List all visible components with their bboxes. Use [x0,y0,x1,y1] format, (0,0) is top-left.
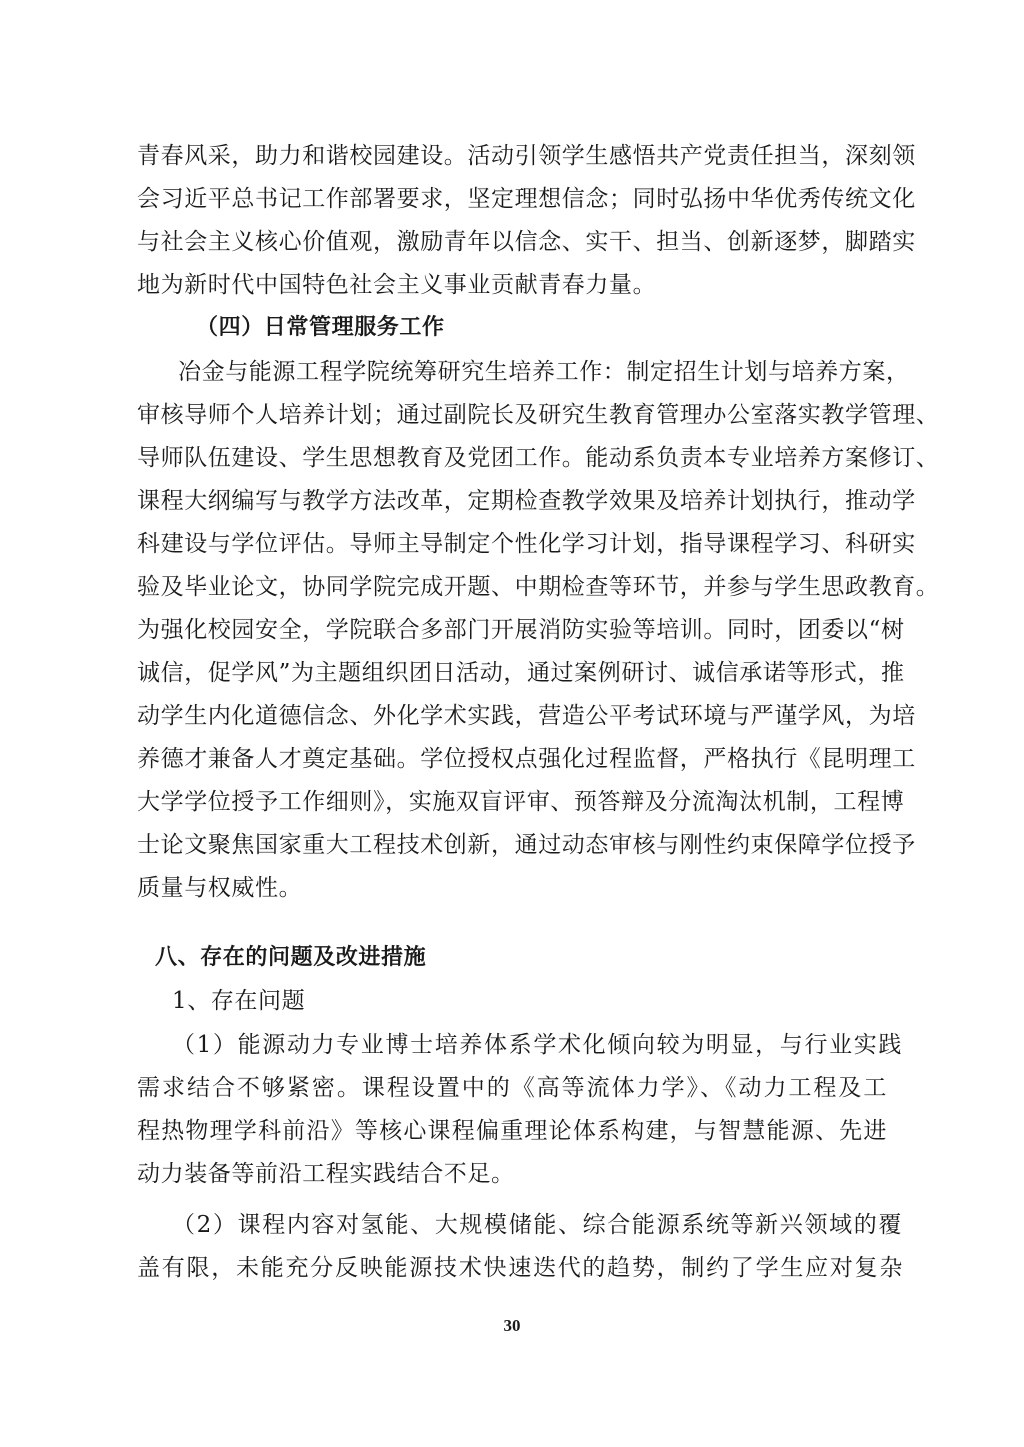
paragraph-line: 验及毕业论文，协同学院完成开题、中期检查等环节，并参与学生思政教育。 [137,572,903,602]
paragraph-line: 需求结合不够紧密。课程设置中的《高等流体力学》、《动力工程及工 [137,1073,887,1103]
paragraph-line: 盖有限，未能充分反映能源技术快速迭代的趋势，制约了学生应对复杂 [137,1253,903,1283]
paragraph-line: 程热物理学科前沿》等核心课程偏重理论体系构建，与智慧能源、先进 [137,1116,887,1146]
section-heading-daily-management: （四）日常管理服务工作 [196,313,445,343]
paragraph-line: 科建设与学位评估。导师主导制定个性化学习计划，指导课程学习、科研实 [137,529,903,559]
paragraph-line: （1）能源动力专业博士培养体系学术化倾向较为明显，与行业实践 [172,1030,902,1060]
paragraph-line: 导师队伍建设、学生思想教育及党团工作。能动系负责本专业培养方案修订、 [137,443,903,473]
paragraph-line: 青春风采，助力和谐校园建设。活动引领学生感悟共产党责任担当，深刻领 [137,141,903,171]
paragraph-line: 士论文聚焦国家重大工程技术创新，通过动态审核与刚性约束保障学位授予 [137,830,903,860]
paragraph-line: 大学学位授予工作细则》，实施双盲评审、预答辩及分流淘汰机制，工程博 [137,787,903,817]
paragraph-line: 会习近平总书记工作部署要求，坚定理想信念；同时弘扬中华优秀传统文化 [137,184,903,214]
paragraph-line: 课程大纲编写与教学方法改革，定期检查教学效果及培养计划执行，推动学 [137,486,903,516]
paragraph-line: 动学生内化道德信念、外化学术实践，营造公平考试环境与严谨学风，为培 [137,701,903,731]
paragraph-line: 地为新时代中国特色社会主义事业贡献青春力量。 [137,270,656,300]
paragraph-line: 冶金与能源工程学院统筹研究生培养工作：制定招生计划与培养方案， [178,357,910,387]
paragraph-line: 诚信，促学风”为主题组织团日活动，通过案例研讨、诚信承诺等形式，推 [137,658,903,688]
section-heading-problems-and-improvements: 八、存在的问题及改进措施 [155,943,426,973]
document-page: 青春风采，助力和谐校园建设。活动引领学生感悟共产党责任担当，深刻领 会习近平总书… [0,0,1024,1447]
paragraph-line: 为强化校园安全，学院联合多部门开展消防实验等培训。同时，团委以“树 [137,615,903,645]
page-number: 30 [0,1316,1024,1336]
paragraph-line: 审核导师个人培养计划；通过副院长及研究生教育管理办公室落实教学管理、 [137,400,903,430]
paragraph-line: 动力装备等前沿工程实践结合不足。 [137,1159,515,1189]
paragraph-line: 质量与权威性。 [137,873,302,903]
paragraph-line: 与社会主义核心价值观，激励青年以信念、实干、担当、创新逐梦，脚踏实 [137,227,903,257]
paragraph-line: 养德才兼备人才奠定基础。学位授权点强化过程监督，严格执行《昆明理工 [137,744,903,774]
subsection-heading-existing-problems: 1、存在问题 [172,986,305,1016]
paragraph-line: （2）课程内容对氢能、大规模储能、综合能源系统等新兴领域的覆 [172,1210,902,1240]
